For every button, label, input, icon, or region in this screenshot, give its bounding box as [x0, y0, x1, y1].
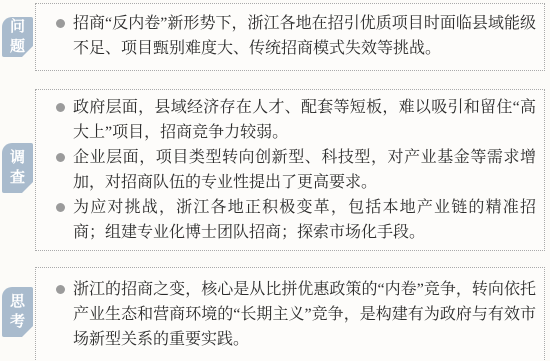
bullet-text: 政府层面，县域经济存在人才、配套等短板，难以吸引和留住“高大上”项目，招商竞争力…	[73, 95, 536, 145]
section-box-problem: 招商“反内卷”新形势下，浙江各地在招引优质项目时面临县域能级不足、项目甄别难度大…	[35, 3, 545, 71]
section-tag-label: 思考	[10, 292, 26, 332]
bullet-text: 为应对挑战，浙江各地正积极变革，包括本地产业链的精准招商；组建专业化博士团队招商…	[73, 195, 536, 245]
infographic-summary: 问题 招商“反内卷”新形势下，浙江各地在招引优质项目时面临县域能级不足、项目甄别…	[0, 0, 550, 361]
bullet-text: 浙江的招商之变，核心是从比拼优惠政策的“内卷”竞争，转向依托产业生态和营商环境的…	[73, 277, 536, 352]
bullet-dot-icon	[56, 153, 65, 162]
section-tag-problem: 问题	[2, 17, 33, 57]
list-item: 企业层面，项目类型转向创新型、科技型，对产业基金等需求增加，对招商队伍的专业性提…	[56, 145, 536, 195]
bullet-dot-icon	[56, 285, 65, 294]
list-item: 为应对挑战，浙江各地正积极变革，包括本地产业链的精准招商；组建专业化博士团队招商…	[56, 195, 536, 245]
list-item: 招商“反内卷”新形势下，浙江各地在招引优质项目时面临县域能级不足、项目甄别难度大…	[56, 11, 536, 61]
section-tag-investigation: 调查	[2, 143, 33, 193]
bullet-dot-icon	[56, 203, 65, 212]
section-tag-label: 问题	[10, 17, 26, 57]
list-item: 浙江的招商之变，核心是从比拼优惠政策的“内卷”竞争，转向依托产业生态和营商环境的…	[56, 277, 536, 352]
section-box-investigation: 政府层面，县域经济存在人才、配套等短板，难以吸引和留住“高大上”项目，招商竞争力…	[35, 89, 545, 251]
list-item: 政府层面，县域经济存在人才、配套等短板，难以吸引和留住“高大上”项目，招商竞争力…	[56, 95, 536, 145]
bullet-text: 企业层面，项目类型转向创新型、科技型，对产业基金等需求增加，对招商队伍的专业性提…	[73, 145, 536, 195]
bullet-dot-icon	[56, 19, 65, 28]
bullet-dot-icon	[56, 103, 65, 112]
section-tag-reflection: 思考	[2, 287, 33, 337]
section-box-reflection: 浙江的招商之变，核心是从比拼优惠政策的“内卷”竞争，转向依托产业生态和营商环境的…	[35, 267, 545, 361]
bullet-text: 招商“反内卷”新形势下，浙江各地在招引优质项目时面临县域能级不足、项目甄别难度大…	[73, 11, 536, 61]
section-tag-label: 调查	[10, 148, 26, 188]
